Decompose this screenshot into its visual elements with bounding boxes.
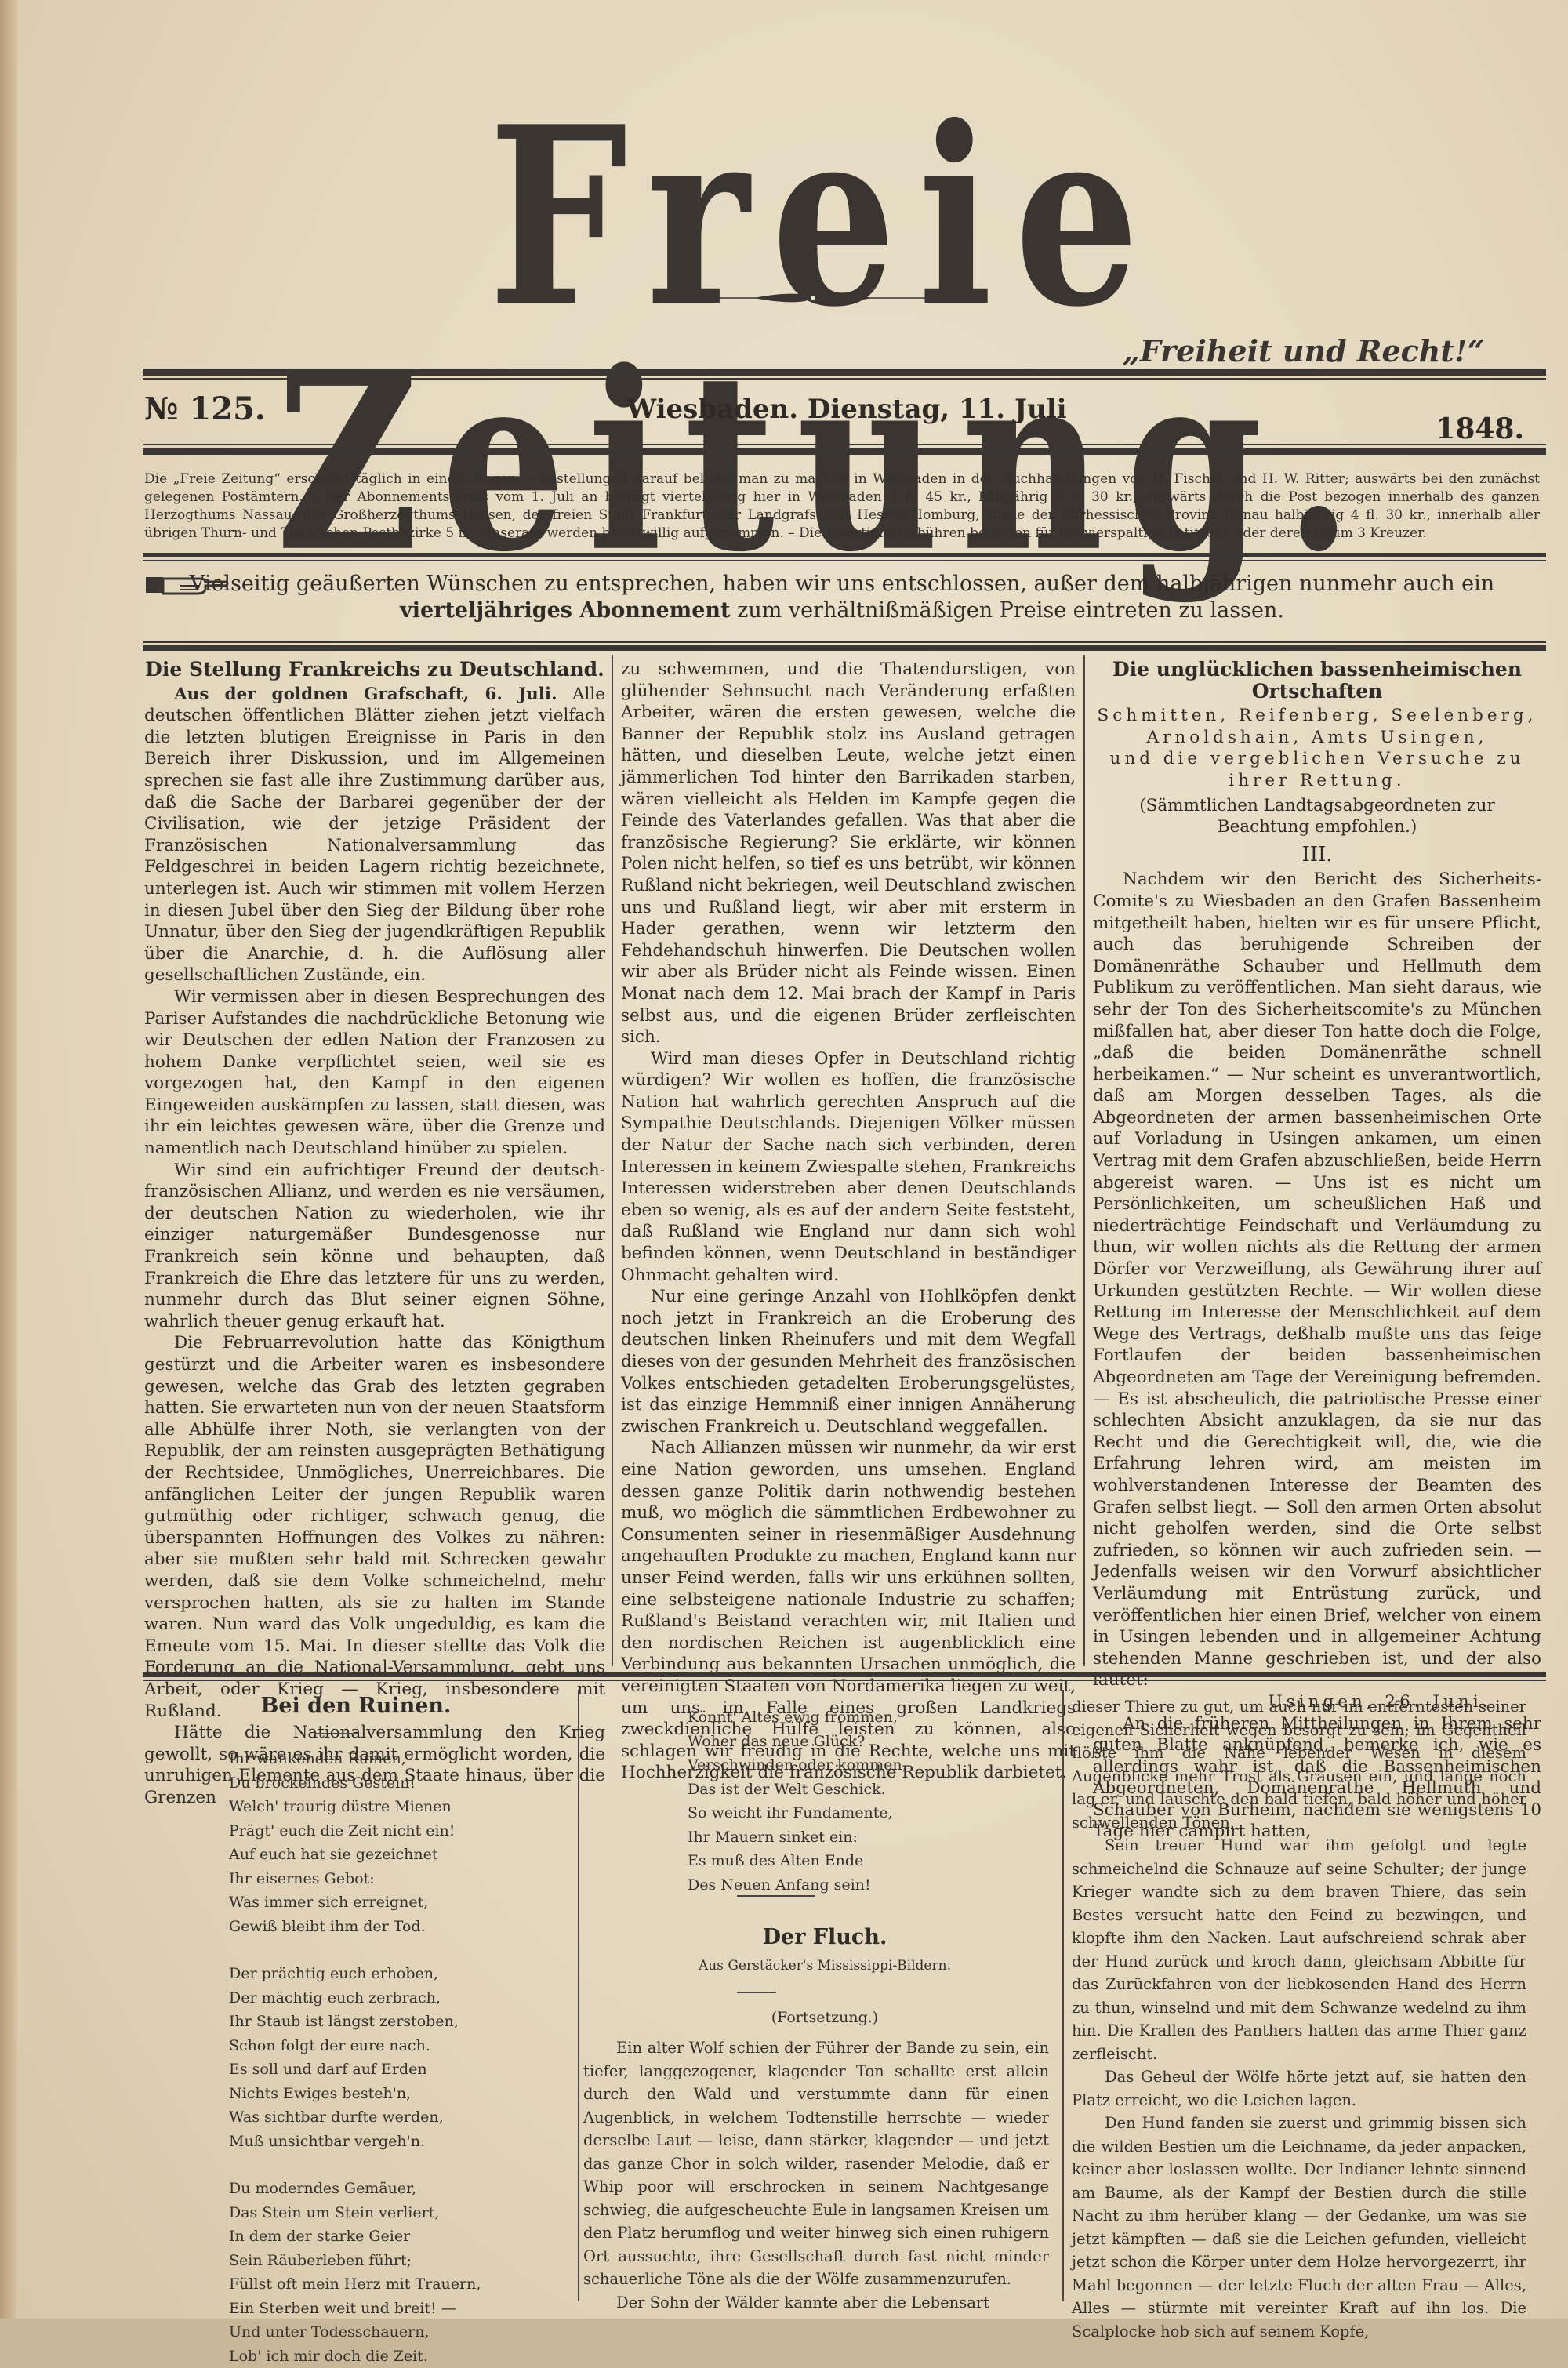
poem-column-1: Ihr wankenden Ruinen, Du bröckelndes Ges… xyxy=(229,1747,481,2319)
article-dateline: Aus der goldnen Grafschaft, 6. Juli. xyxy=(174,685,557,704)
story-continued-label: (Fortsetzung.) xyxy=(590,2009,1060,2026)
article-paragraph: Aus der goldnen Grafschaft, 6. Juli. All… xyxy=(144,684,605,986)
article-paragraph: Wir sind ein aufrichtiger Freund der deu… xyxy=(144,1160,605,1333)
subscription-notice: Die „Freie Zeitung“ erscheint täglich in… xyxy=(144,470,1540,543)
story-paragraph: Den Hund fanden sie zuerst und grimmig b… xyxy=(1072,2112,1526,2319)
column-divider xyxy=(578,1690,579,2301)
article-paragraph: Wir vermissen aber in diesen Besprechung… xyxy=(144,986,605,1160)
article2-part: III. xyxy=(1093,844,1541,866)
masthead-motto: „Freiheit und Recht!“ xyxy=(1123,333,1485,369)
story-paragraph: Das Geheul der Wölfe hörte jetzt auf, si… xyxy=(1072,2065,1526,2112)
article2-subhead: Schmitten, Reifenberg, Seelenberg, Arnol… xyxy=(1093,705,1541,748)
rule-divider xyxy=(143,444,1546,455)
column-divider xyxy=(1083,655,1085,1666)
rule-divider xyxy=(143,553,1546,561)
article-column-2: zu schwemmen, und die Thatendurstigen, v… xyxy=(621,659,1076,1784)
article-column-3: Die unglücklichen bassenheimischen Ortsc… xyxy=(1093,659,1541,1843)
short-rule xyxy=(737,1895,815,1897)
story-paragraph: Ein alter Wolf schien der Führer der Ban… xyxy=(583,2036,1049,2291)
story-column-1: Ein alter Wolf schien der Führer der Ban… xyxy=(583,2036,1049,2314)
article2-subhead: und die vergeblichen Versuche zu ihrer R… xyxy=(1093,748,1541,791)
ornament-divider-icon xyxy=(668,290,958,306)
newspaper-page: Freie Zeitung. „Freiheit und Recht!“ № 1… xyxy=(17,0,1568,2319)
announcement-text-before: Vielseitig geäußerten Wünschen zu entspr… xyxy=(190,572,1494,596)
article-column-1: Die Stellung Frankreichs zu Deutschland.… xyxy=(144,659,605,1808)
short-rule xyxy=(314,1733,358,1734)
article-headline: Die Stellung Frankreichs zu Deutschland. xyxy=(144,659,605,681)
announcement-text-after: zum verhältnißmäßigen Preise eintreten z… xyxy=(731,598,1284,623)
article2-note: (Sämmtlichen Landtagsabgeordneten zur Be… xyxy=(1093,795,1541,838)
pointing-hand-icon xyxy=(144,572,230,597)
story-paragraph: dieser Thiere zu gut, um auch nur im ent… xyxy=(1072,1695,1526,1834)
feuilleton-rule xyxy=(143,1672,1546,1681)
page-edge xyxy=(0,0,17,2319)
dateline: № 125. Wiesbaden. Dienstag, 11. Juli 184… xyxy=(144,390,1524,438)
article-paragraph: Nachdem wir den Bericht des Sicherheits-… xyxy=(1093,869,1541,1691)
story-paragraph: Der Sohn der Wälder kannte aber die Lebe… xyxy=(583,2291,1049,2315)
article-paragraph: Nur eine geringe Anzahl von Hohlköpfen d… xyxy=(621,1286,1076,1437)
announcement-bold: vierteljähriges Abonnement xyxy=(400,598,730,623)
story-column-2: dieser Thiere zu gut, um auch nur im ent… xyxy=(1072,1695,1526,2319)
poem-title: Bei den Ruinen. xyxy=(144,1694,568,1718)
poem-column-2: Könnt' Altes ewig frommen, Woher das neu… xyxy=(688,1705,907,1897)
article-paragraph: Wird man dieses Opfer in Deutschland ric… xyxy=(621,1048,1076,1287)
article-paragraph: Die Februarrevolution hatte das Königthu… xyxy=(144,1332,605,1722)
story-source: Aus Gerstäcker's Mississippi-Bildern. xyxy=(590,1958,1060,1974)
column-divider xyxy=(1062,1690,1064,2301)
column-divider xyxy=(612,655,613,1666)
rule-divider xyxy=(143,641,1546,651)
article-paragraph: zu schwemmen, und die Thatendurstigen, v… xyxy=(621,659,1076,1048)
rule-divider xyxy=(143,369,1546,380)
article2-headline: Die unglücklichen bassenheimischen Ortsc… xyxy=(1093,659,1541,702)
short-rule xyxy=(737,1992,776,1993)
story-paragraph: Sein treuer Hund war ihm gefolgt und leg… xyxy=(1072,1834,1526,2065)
issue-number: № 125. xyxy=(144,390,266,427)
announcement: Vielseitig geäußerten Wünschen zu entspr… xyxy=(144,571,1540,634)
place-date: Wiesbaden. Dienstag, 11. Juli xyxy=(626,394,1067,425)
issue-year: 1848. xyxy=(1436,412,1524,445)
story-title: Der Fluch. xyxy=(590,1925,1060,1949)
